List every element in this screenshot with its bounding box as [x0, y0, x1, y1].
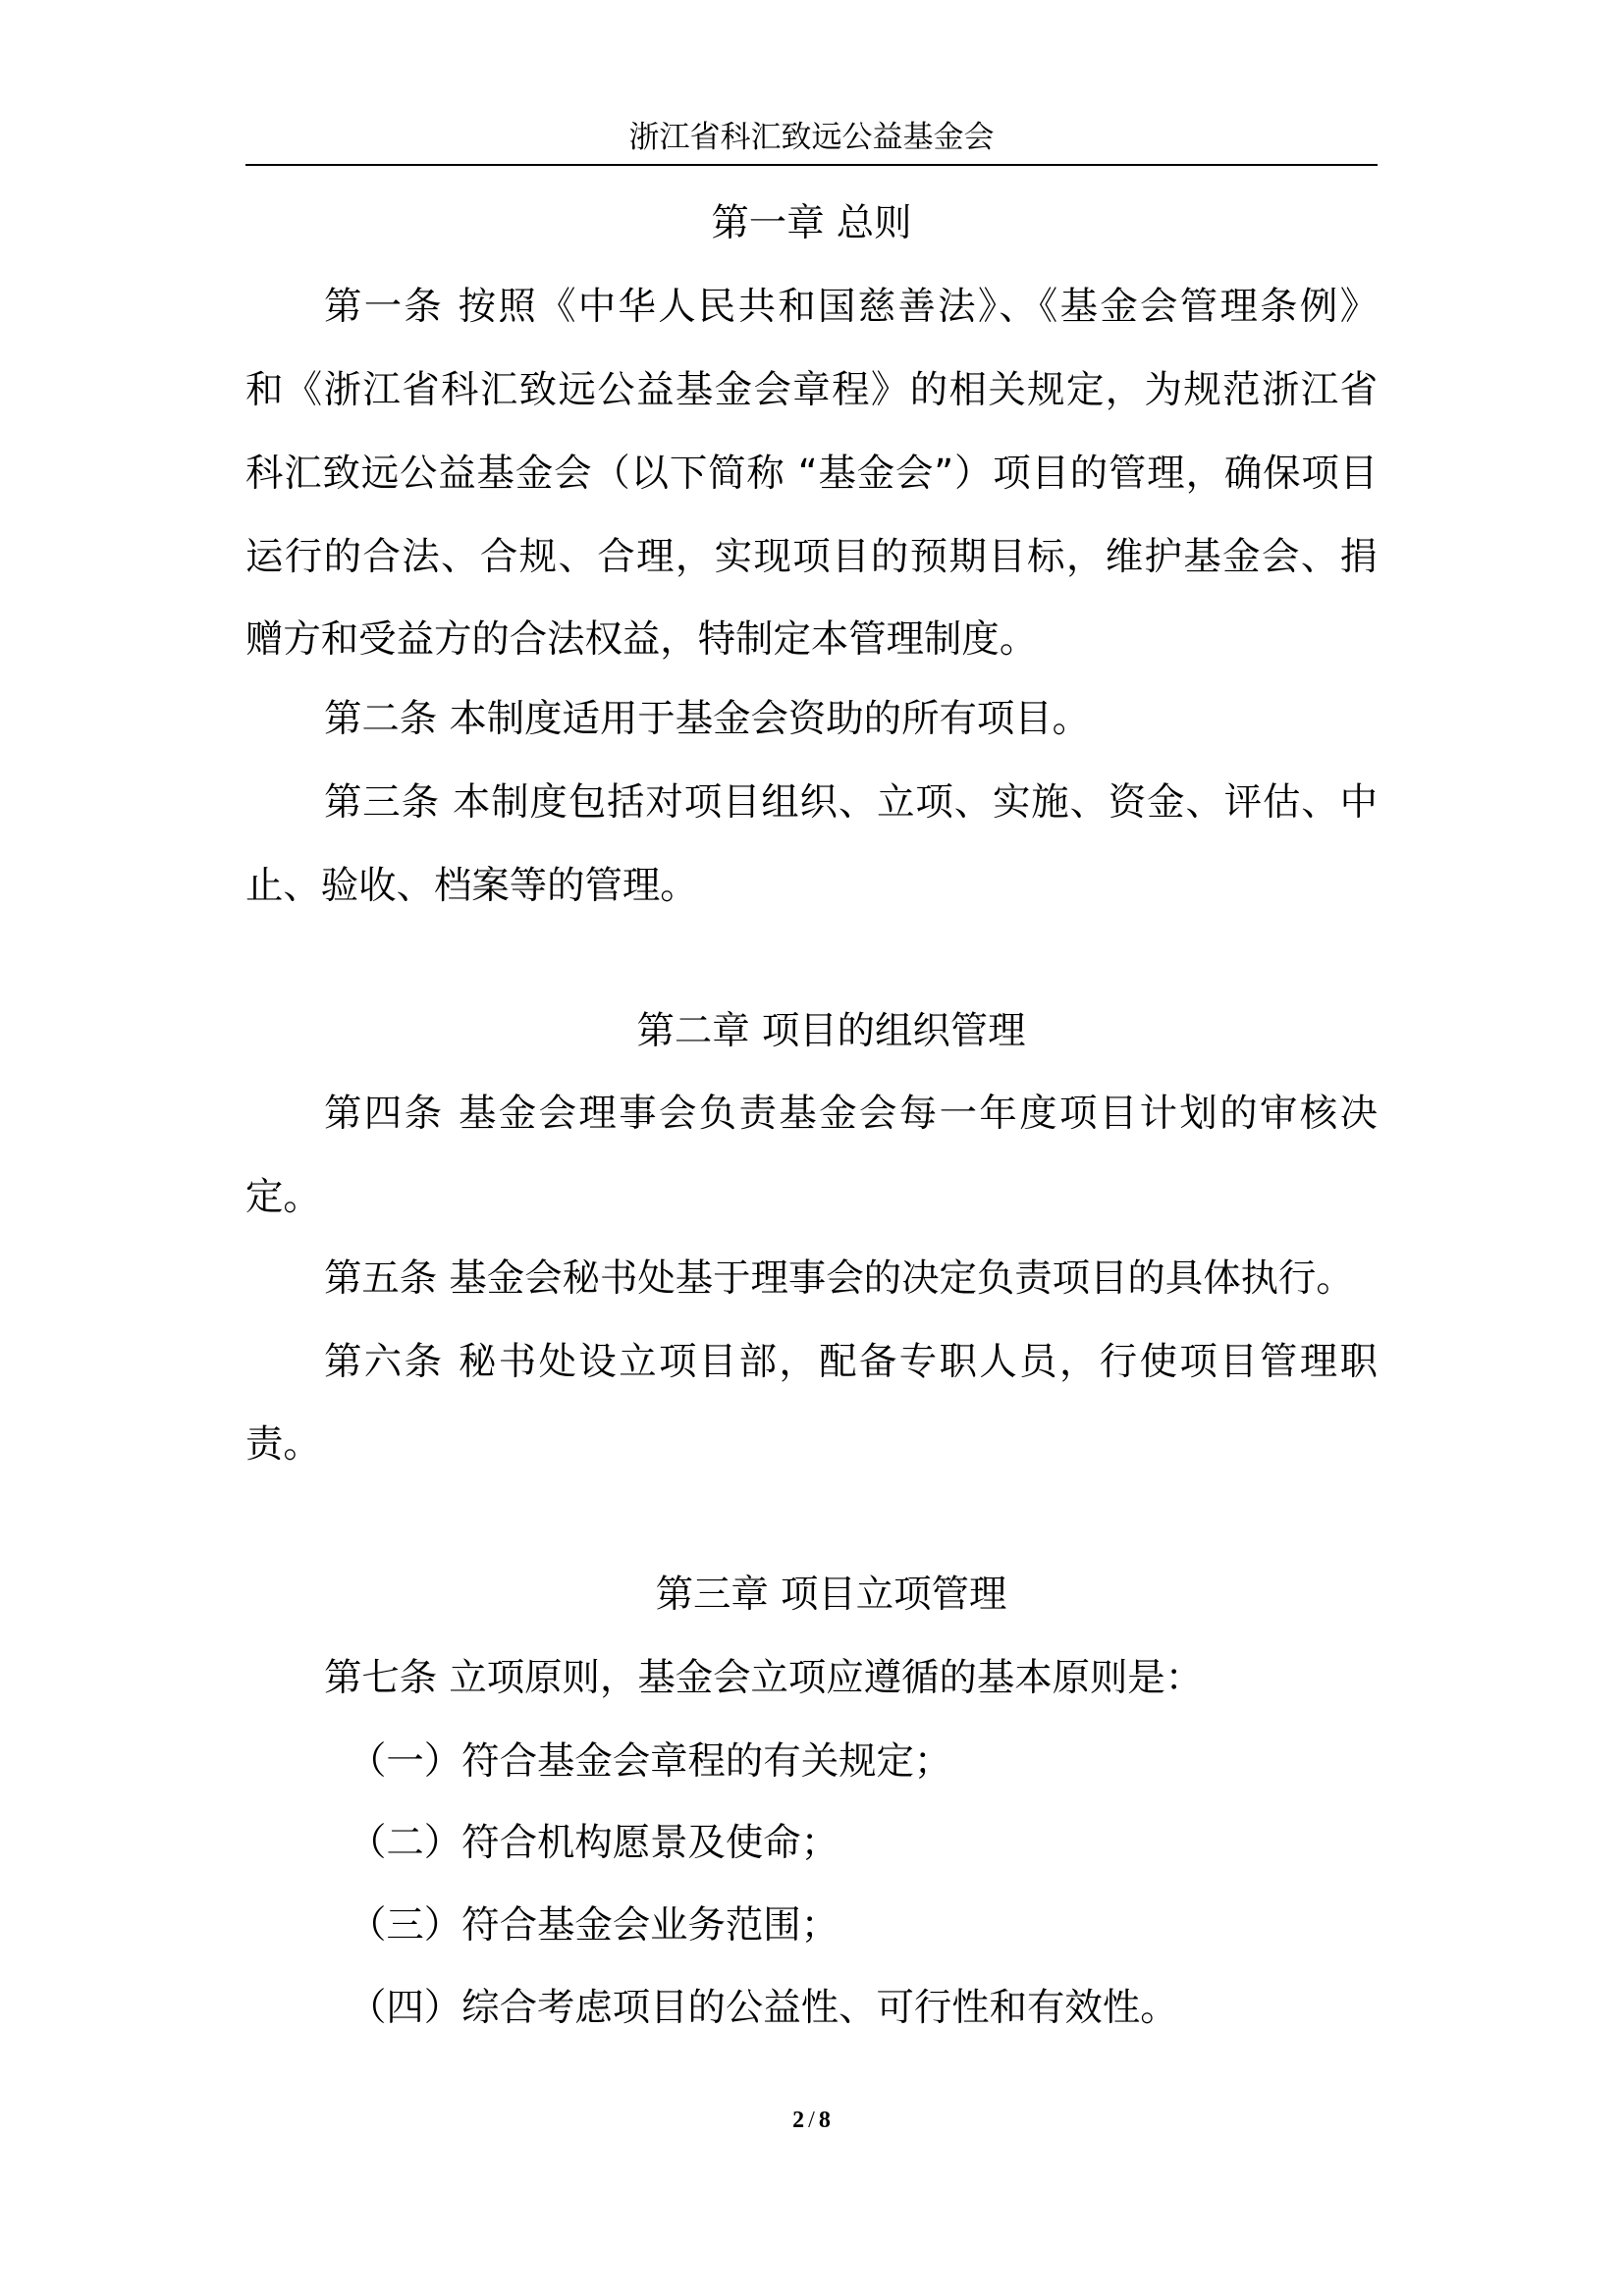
list-item: （三）符合基金会业务范围；: [245, 1901, 1378, 1950]
article-line: 第四条 基金会理事会负责基金会每一年度项目计划的审核决: [245, 1090, 1378, 1139]
list-item: （二）符合机构愿景及使命；: [245, 1819, 1378, 1868]
article-line: 第五条 基金会秘书处基于理事会的决定负责项目的具体执行。: [245, 1255, 1378, 1304]
running-header: 浙江省科汇致远公益基金会: [245, 116, 1378, 165]
article-line: 第三条 本制度包括对项目组织、立项、实施、资金、评估、中: [245, 778, 1378, 828]
article-line: 科汇致远公益基金会（以下简称 “基金会”）项目的管理，确保项目: [245, 450, 1378, 499]
total-pages: 8: [819, 2108, 831, 2133]
article-line: 第一条 按照《中华人民共和国慈善法》、《基金会管理条例》: [245, 283, 1378, 332]
article-line: 定。: [245, 1173, 1378, 1222]
page-number: 2/8: [245, 2106, 1378, 2135]
list-item: （一）符合基金会章程的有关规定；: [245, 1737, 1378, 1787]
article-line: 第六条 秘书处设立项目部，配备专职人员，行使项目管理职: [245, 1338, 1378, 1387]
chapter-title: 第一章 总则: [245, 199, 1378, 248]
article-line: 赠方和受益方的合法权益，特制定本管理制度。: [245, 615, 1378, 665]
article-line: 和《浙江省科汇致远公益基金会章程》的相关规定，为规范浙江省: [245, 366, 1378, 415]
article-line: 止、验收、档案等的管理。: [245, 862, 1378, 911]
header-divider: [245, 164, 1378, 166]
article-line: 责。: [245, 1420, 1378, 1469]
chapter-title: 第三章 项目立项管理: [245, 1571, 1378, 1620]
current-page: 2: [792, 2108, 804, 2133]
article-line: 第七条 立项原则，基金会立项应遵循的基本原则是：: [245, 1654, 1378, 1703]
chapter-title: 第二章 项目的组织管理: [245, 1007, 1378, 1056]
article-line: 运行的合法、合规、合理，实现项目的预期目标，维护基金会、捐: [245, 533, 1378, 582]
page-separator: /: [808, 2108, 815, 2133]
list-item: （四）综合考虑项目的公益性、可行性和有效性。: [245, 1984, 1378, 2033]
article-line: 第二条 本制度适用于基金会资助的所有项目。: [245, 695, 1378, 744]
